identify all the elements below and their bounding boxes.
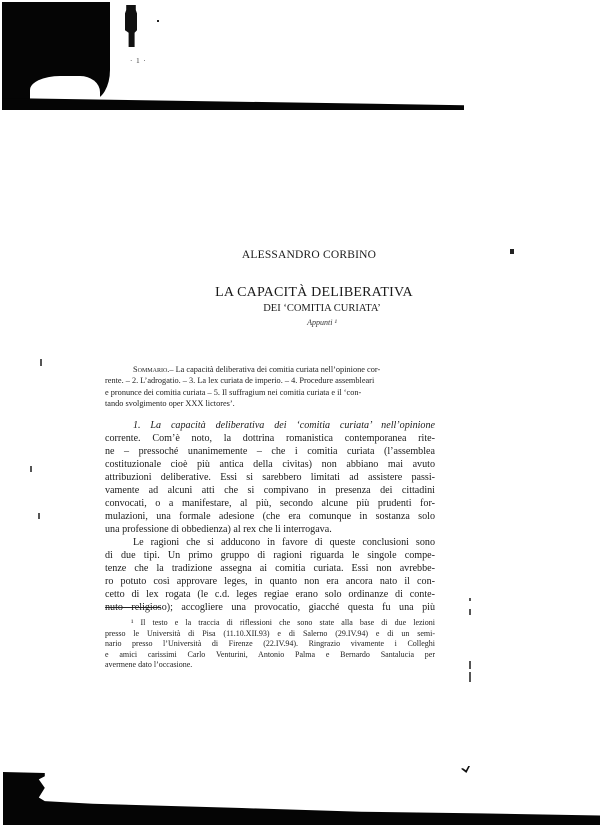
margin-mark (38, 513, 40, 519)
binding-clip-mark (125, 5, 137, 47)
footnote-line: e amici carissimi Carlo Venturini, Anton… (105, 650, 435, 661)
scan-speck (157, 20, 159, 22)
scan-shadow-top-band (2, 98, 464, 110)
summary-lead: Sommario. (133, 365, 169, 374)
scanned-page: · 1 · ALESSANDRO CORBINO LA CAPACITÀ DEL… (0, 0, 600, 825)
margin-mark (30, 466, 32, 472)
ink-mark (461, 766, 470, 773)
body-text: 1. La capacità deliberativa dei ‘comitia… (105, 419, 435, 614)
body-line: corrente. Com’è noto, la dottrina romani… (105, 432, 435, 445)
body-line: di due tipi. Un primo gruppo di ragioni … (105, 549, 435, 562)
page-header-mark: · 1 · (130, 57, 147, 65)
scan-shadow-bottom (3, 772, 600, 825)
summary-line: Sommario.– La capacità deliberativa dei … (105, 364, 432, 375)
footnote-line: avermene dato l’occasione. (105, 660, 435, 671)
scan-shadow-notch (30, 76, 100, 100)
margin-mark (469, 598, 471, 601)
margin-mark (469, 609, 471, 615)
article-author: ALESSANDRO CORBINO (0, 249, 600, 261)
footnote-line: nario presso l’Università di Firenze (22… (105, 639, 435, 650)
summary-line: rente. – 2. L’adrogatio. – 3. La lex cur… (105, 375, 432, 386)
body-line: ne – pressoché unanimemente – che i comi… (105, 445, 435, 458)
body-line: convocati, o a manifestare, al più, seco… (105, 497, 435, 510)
body-line: vamente ad alcuni atti che si compivano … (105, 484, 435, 497)
body-line: tenze che la tradizione assegna ai comit… (105, 562, 435, 575)
margin-mark (40, 359, 42, 366)
margin-mark (469, 661, 471, 669)
body-line: una professione di obbedienza) al rex ch… (105, 523, 435, 536)
article-title: LA CAPACITÀ DELIBERATIVA (0, 285, 600, 301)
footnotes: ¹ Il testo e la traccia di riflessioni c… (105, 618, 435, 671)
footnote-line: presso le Università di Pisa (11.10.XII.… (105, 629, 435, 640)
body-line: mulazioni, una formale adesione (che era… (105, 510, 435, 523)
margin-mark (469, 672, 471, 682)
body-line: cetto di lex rogata (le c.d. leges regia… (105, 588, 435, 601)
body-line: ro potuto così approvare leges, in quant… (105, 575, 435, 588)
article-subtitle: DEI ‘COMITIA CURIATA’ (0, 303, 600, 314)
section-heading-line: 1. La capacità deliberativa dei ‘comitia… (105, 419, 435, 432)
body-line: attribuzioni deliberative. Essi si sareb… (105, 471, 435, 484)
footnote-divider (105, 607, 161, 608)
article-summary: Sommario.– La capacità deliberativa dei … (105, 364, 432, 410)
body-line: Le ragioni che si adducono in favore di … (105, 536, 435, 549)
summary-line: tando svolgimento oper XXX lictores’. (105, 398, 432, 409)
body-line: costituzionale cioè più antica della civ… (105, 458, 435, 471)
footnote-line: ¹ Il testo e la traccia di riflessioni c… (105, 618, 435, 629)
article-note: Appunti ¹ (0, 318, 600, 327)
summary-line: e pronunce dei comitia curiata – 5. Il s… (105, 387, 432, 398)
